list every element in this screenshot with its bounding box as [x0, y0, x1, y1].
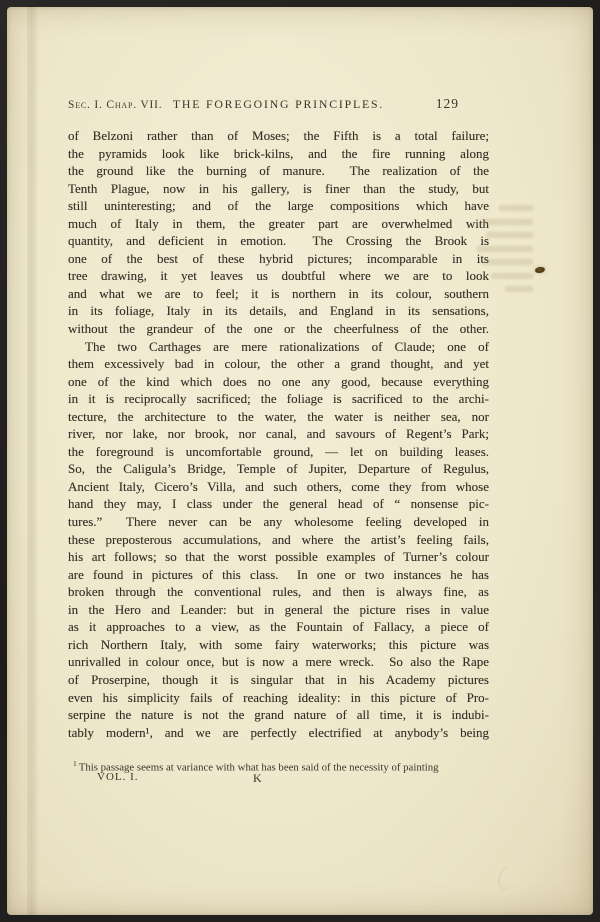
- text-line: Ancient Italy, Cicero’s Villa, and such …: [68, 478, 489, 496]
- text-line: the foreground is uncomfortable ground, …: [68, 443, 489, 461]
- text-line: his art follows; so that the worst possi…: [68, 548, 489, 566]
- body-text: of Belzoni rather than of Moses; the Fif…: [68, 127, 489, 741]
- footnote-marker: 1: [73, 759, 77, 768]
- ghost-line: [486, 232, 533, 238]
- text-line: the pyramids look like brick-kilns, and …: [68, 145, 489, 163]
- text-line: broken through the conventional rules, a…: [68, 583, 489, 601]
- text-line: one of the kind which does no one any go…: [68, 373, 489, 391]
- text-line: rich Northern Italy, with some fairy wat…: [68, 636, 489, 654]
- scanned-book-page: Sec. I. Chap. VII. THE FOREGOING PRINCIP…: [0, 0, 600, 922]
- ghost-line: [491, 273, 533, 279]
- text-line: of Belzoni rather than of Moses; the Fif…: [68, 127, 489, 145]
- text-line: unrivalled in colour once, but is now a …: [68, 653, 489, 671]
- text-line: without the grandeur of the one or the c…: [68, 320, 489, 338]
- text-line: in the Hero and Leander: but in general …: [68, 601, 489, 619]
- ghost-line: [505, 286, 533, 292]
- running-head: Sec. I. Chap. VII. THE FOREGOING PRINCIP…: [68, 96, 489, 112]
- volume-label: VOL. I.: [97, 771, 139, 783]
- text-line: Tenth Plague, now in his gallery, is fin…: [68, 180, 489, 198]
- text-line: river, nor lake, nor brook, nor canal, a…: [68, 425, 489, 443]
- text-line: hand they may, I class under the general…: [68, 495, 489, 513]
- text-line: as it approaches to a view, as the Fount…: [68, 618, 489, 636]
- text-line: tecture, the architecture to the water, …: [68, 408, 489, 426]
- text-line: quantity, and deficient in emotion. The …: [68, 232, 489, 250]
- page-footer: VOL. I. K: [68, 771, 489, 789]
- text-line: even his simplicity fails of reaching id…: [68, 689, 489, 707]
- text-line: in it is reciprocally sacrificed; the fo…: [68, 390, 489, 408]
- text-line: still uninteresting; and of the large co…: [68, 197, 489, 215]
- paper-scratch: [495, 863, 521, 893]
- text-line: one of the best of these hybrid pictures…: [68, 250, 489, 268]
- ghost-line: [483, 259, 533, 265]
- text-line: of Proserpine, though it is singular tha…: [68, 671, 489, 689]
- text-line: tree drawing, it yet leaves us doubtful …: [68, 267, 489, 285]
- text-line: The two Carthages are mere rationalizati…: [68, 338, 489, 356]
- foxing-speck: [535, 266, 546, 273]
- text-line: So, the Caligula’s Bridge, Temple of Jup…: [68, 460, 489, 478]
- text-line: are found in pictures of this class. In …: [68, 566, 489, 584]
- binding-crease: [27, 7, 39, 915]
- text-line: much of Italy in them, the greater part …: [68, 215, 489, 233]
- book-page: Sec. I. Chap. VII. THE FOREGOING PRINCIP…: [7, 7, 593, 915]
- text-line: in its foliage, Italy in its details, an…: [68, 302, 489, 320]
- text-line: tures.” There never can be any wholesome…: [68, 513, 489, 531]
- page-number: 129: [436, 96, 459, 112]
- text-line: these preposterous accumulations, and wh…: [68, 531, 489, 549]
- chapter-title: THE FOREGOING PRINCIPLES.: [68, 97, 489, 112]
- text-line: and what we are to feel; it is northern …: [68, 285, 489, 303]
- signature-mark: K: [253, 771, 262, 786]
- text-line: them excessively bad in colour, the othe…: [68, 355, 489, 373]
- text-line: the ground like the burning of manure. T…: [68, 162, 489, 180]
- text-line: tably modern¹, and we are perfectly elec…: [68, 724, 489, 742]
- ghost-line: [499, 205, 533, 211]
- text-line: serpine the nature is not the grand natu…: [68, 706, 489, 724]
